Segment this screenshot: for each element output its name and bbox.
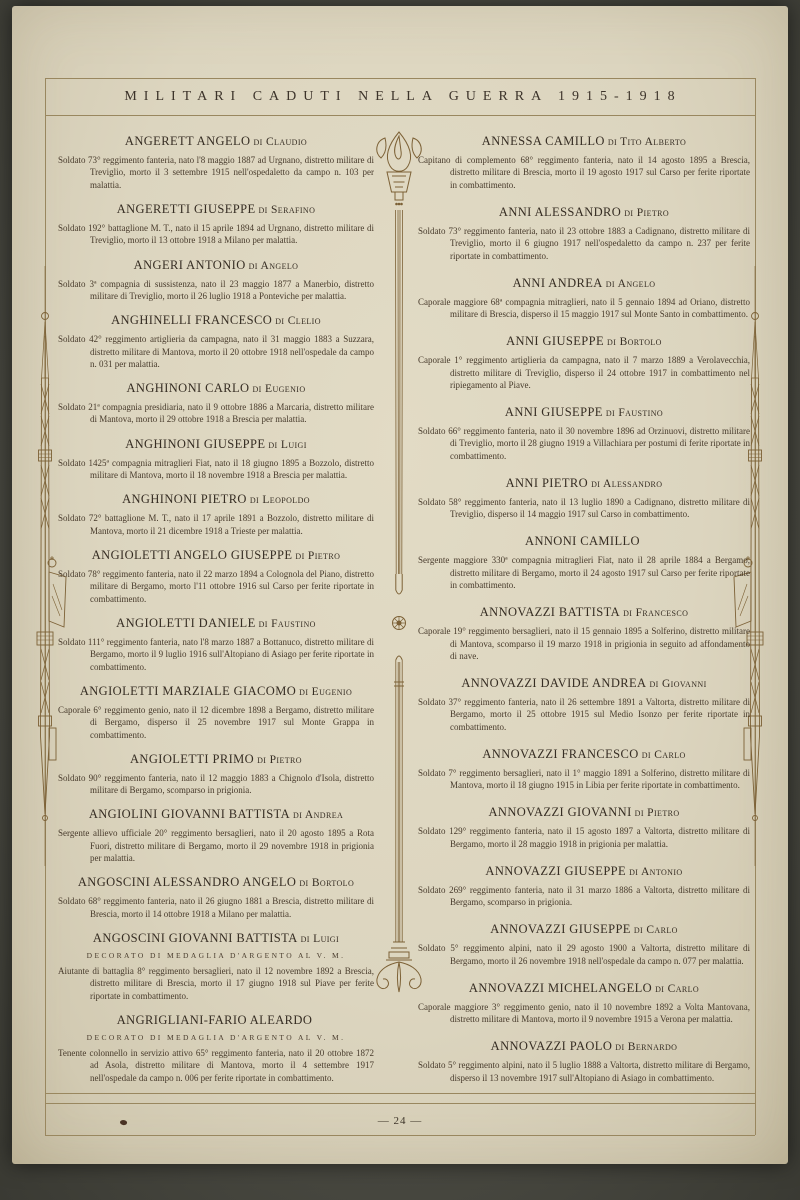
soldier-name: ANGIOLETTI MARZIALE GIACOMO <box>80 684 296 698</box>
soldier-name: ANGERETTI GIUSEPPE <box>117 202 256 216</box>
soldier-filiation: di Eugenio <box>253 383 306 395</box>
soldier-record: Soldato 66° reggimento fanteria, nato il… <box>418 425 750 462</box>
soldier-filiation: di Angelo <box>249 260 299 272</box>
soldier-name: ANGOSCINI ALESSANDRO ANGELO <box>78 875 296 889</box>
soldier-filiation: di Faustino <box>606 407 663 419</box>
soldier-filiation: di Giovanni <box>649 678 706 690</box>
soldier-name-heading: ANNOVAZZI BATTISTAdi Francesco <box>418 605 750 620</box>
soldier-name-heading: ANGIOLINI GIOVANNI BATTISTAdi Andrea <box>58 807 374 822</box>
soldier-name: ANNOVAZZI BATTISTA <box>480 605 620 619</box>
soldier-name-heading: ANNOVAZZI GIUSEPPEdi Antonio <box>418 864 750 879</box>
soldier-record: Aiutante di battaglia 8° reggimento bers… <box>58 965 374 1002</box>
page-number: — 24 — <box>378 1115 423 1127</box>
soldier-record: Soldato 111° reggimento fanteria, nato l… <box>58 636 374 673</box>
soldier-filiation: di Alessandro <box>591 478 662 490</box>
soldier-name: ANNI ALESSANDRO <box>499 205 621 219</box>
soldier-name: ANNOVAZZI MICHELANGELO <box>469 981 652 995</box>
soldier-name: ANNONI CAMILLO <box>525 534 640 548</box>
soldier-name-heading: ANNOVAZZI DAVIDE ANDREAdi Giovanni <box>418 676 750 691</box>
soldier-name-heading: ANNI GIUSEPPEdi Bortolo <box>418 334 750 349</box>
decoration-line: DECORATO DI MEDAGLIA D'ARGENTO AL V. M. <box>58 1033 374 1042</box>
soldier-name-heading: ANGERETT ANGELOdi Claudio <box>58 134 374 149</box>
soldier-record: Sergente maggiore 330ª compagnia mitragl… <box>418 554 750 591</box>
soldier-name: ANNI ANDREA <box>513 276 603 290</box>
soldier-record: Caporale 19° reggimento bersaglieri, nat… <box>418 625 750 662</box>
frame-header-bottom-rule <box>45 115 755 116</box>
soldier-name-heading: ANGIOLETTI DANIELEdi Faustino <box>58 616 374 631</box>
soldier-name-heading: ANGHINONI PIETROdi Leopoldo <box>58 492 374 507</box>
soldier-record: Soldato 78° reggimento fanteria, nato il… <box>58 568 374 605</box>
soldier-entry: ANNOVAZZI GIOVANNIdi Pietro Soldato 129°… <box>418 805 750 850</box>
soldier-entry: ANGIOLETTI ANGELO GIUSEPPEdi Pietro Sold… <box>58 548 374 605</box>
soldier-name: ANGIOLETTI DANIELE <box>116 616 255 630</box>
soldier-entry: ANGOSCINI GIOVANNI BATTISTAdi Luigi DECO… <box>58 931 374 1002</box>
soldier-entry: ANNI GIUSEPPEdi Faustino Soldato 66° reg… <box>418 405 750 462</box>
soldier-record: Sergente allievo ufficiale 20° reggiment… <box>58 827 374 864</box>
soldier-name: ANGHINONI PIETRO <box>122 492 247 506</box>
soldier-name-heading: ANGIOLETTI ANGELO GIUSEPPEdi Pietro <box>58 548 374 563</box>
soldier-record: Soldato 37° reggimento fanteria, nato il… <box>418 696 750 733</box>
soldier-name: ANGHINELLI FRANCESCO <box>111 313 272 327</box>
soldier-entry: ANGHINONI PIETROdi Leopoldo Soldato 72° … <box>58 492 374 537</box>
soldier-filiation: di Andrea <box>293 809 343 821</box>
soldier-filiation: di Claudio <box>253 136 307 148</box>
soldier-name-heading: ANGIOLETTI PRIMOdi Pietro <box>58 752 374 767</box>
soldier-name-heading: ANGIOLETTI MARZIALE GIACOMOdi Eugenio <box>58 684 374 699</box>
soldier-record: Soldato 73° reggimento fanteria, nato il… <box>418 225 750 262</box>
frame-right-rule <box>755 78 756 1135</box>
soldier-name-heading: ANNONI CAMILLO <box>418 534 750 549</box>
soldier-filiation: di Eugenio <box>299 686 352 698</box>
soldier-name: ANNOVAZZI GIUSEPPE <box>490 922 631 936</box>
soldier-entry: ANGOSCINI ALESSANDRO ANGELOdi Bortolo So… <box>58 875 374 920</box>
soldier-entry: ANGERETTI GIUSEPPEdi Serafino Soldato 19… <box>58 202 374 247</box>
soldier-record: Caporale maggiore 3° reggimento genio, n… <box>418 1001 750 1026</box>
soldier-name: ANNOVAZZI PAOLO <box>491 1039 613 1053</box>
soldier-name-heading: ANNOVAZZI FRANCESCOdi Carlo <box>418 747 750 762</box>
decoration-line: DECORATO DI MEDAGLIA D'ARGENTO AL V. M. <box>58 951 374 960</box>
soldier-record: Caporale maggiore 68ª compagnia mitragli… <box>418 296 750 321</box>
soldier-entry: ANGIOLETTI MARZIALE GIACOMOdi Eugenio Ca… <box>58 684 374 741</box>
soldier-record: Soldato 129° reggimento fanteria, nato i… <box>418 825 750 850</box>
left-column: ANGERETT ANGELOdi Claudio Soldato 73° re… <box>58 118 374 1084</box>
soldier-filiation: di Carlo <box>634 924 678 936</box>
soldier-record: Soldato 7° reggimento bersaglieri, nato … <box>418 767 750 792</box>
soldier-filiation: di Luigi <box>301 933 339 945</box>
soldier-filiation: di Tito Alberto <box>608 136 686 148</box>
book-page: MILITARI CADUTI NELLA GUERRA 1915-1918 <box>12 6 788 1164</box>
soldier-record: Tenente colonnello in servizio attivo 65… <box>58 1047 374 1084</box>
soldier-entry: ANGIOLINI GIOVANNI BATTISTAdi Andrea Ser… <box>58 807 374 864</box>
soldier-name-heading: ANNESSA CAMILLOdi Tito Alberto <box>418 134 750 149</box>
soldier-entry: ANGHINONI GIUSEPPEdi Luigi Soldato 1425ª… <box>58 437 374 482</box>
soldier-filiation: di Francesco <box>623 607 688 619</box>
soldier-filiation: di Bortolo <box>607 336 662 348</box>
soldier-name-heading: ANNOVAZZI GIUSEPPEdi Carlo <box>418 922 750 937</box>
soldier-entry: ANGRIGLIANI-FARIO ALEARDO DECORATO DI ME… <box>58 1013 374 1084</box>
soldier-entry: ANNOVAZZI MICHELANGELOdi Carlo Caporale … <box>418 981 750 1026</box>
soldier-name-heading: ANNI ALESSANDROdi Pietro <box>418 205 750 220</box>
soldier-name-heading: ANNOVAZZI PAOLOdi Bernardo <box>418 1039 750 1054</box>
soldier-name: ANNI PIETRO <box>506 476 589 490</box>
soldier-filiation: di Luigi <box>268 439 306 451</box>
soldier-record: Soldato 21ª compagnia presidiaria, nato … <box>58 401 374 426</box>
soldier-filiation: di Serafino <box>259 204 316 216</box>
soldier-filiation: di Leopoldo <box>250 494 310 506</box>
soldier-name: ANNOVAZZI GIOVANNI <box>488 805 631 819</box>
soldier-record: Soldato 3ª compagnia di sussistenza, nat… <box>58 278 374 303</box>
soldier-filiation: di Faustino <box>259 618 316 630</box>
soldier-record: Soldato 73° reggimento fanteria, nato l'… <box>58 154 374 191</box>
soldier-filiation: di Bortolo <box>299 877 354 889</box>
soldier-record: Soldato 5° reggimento alpini, nato il 5 … <box>418 1059 750 1084</box>
footer-lower-rule <box>45 1135 755 1136</box>
soldier-record: Soldato 1425ª compagnia mitraglieri Fiat… <box>58 457 374 482</box>
soldier-record: Soldato 192° battaglione M. T., nato il … <box>58 222 374 247</box>
soldier-name: ANGRIGLIANI-FARIO ALEARDO <box>117 1013 313 1027</box>
soldier-name-heading: ANGHINONI CARLOdi Eugenio <box>58 381 374 396</box>
soldier-entry: ANNESSA CAMILLOdi Tito Alberto Capitano … <box>418 134 750 191</box>
soldier-entry: ANGERI ANTONIOdi Angelo Soldato 3ª compa… <box>58 258 374 303</box>
footer-upper-rule-1 <box>45 1093 755 1094</box>
soldier-name: ANNI GIUSEPPE <box>505 405 603 419</box>
soldier-name-heading: ANNI PIETROdi Alessandro <box>418 476 750 491</box>
soldier-record: Soldato 58° reggimento fanteria, nato il… <box>418 496 750 521</box>
soldier-entry: ANNI ANDREAdi Angelo Caporale maggiore 6… <box>418 276 750 321</box>
soldier-entry: ANGHINELLI FRANCESCOdi Clelio Soldato 42… <box>58 313 374 370</box>
frame-left-rule <box>45 78 46 1135</box>
soldier-name: ANGOSCINI GIOVANNI BATTISTA <box>93 931 298 945</box>
soldier-filiation: di Bernardo <box>615 1041 677 1053</box>
soldier-filiation: di Pietro <box>295 550 340 562</box>
soldier-name-heading: ANGERI ANTONIOdi Angelo <box>58 258 374 273</box>
soldier-name: ANGHINONI CARLO <box>126 381 249 395</box>
soldier-filiation: di Pietro <box>624 207 669 219</box>
soldier-record: Caporale 6° reggimento genio, nato il 12… <box>58 704 374 741</box>
soldier-entry: ANNOVAZZI GIUSEPPEdi Carlo Soldato 5° re… <box>418 922 750 967</box>
soldier-filiation: di Carlo <box>642 749 686 761</box>
soldier-name-heading: ANNOVAZZI GIOVANNIdi Pietro <box>418 805 750 820</box>
soldier-filiation: di Pietro <box>257 754 302 766</box>
soldier-entry: ANNOVAZZI PAOLOdi Bernardo Soldato 5° re… <box>418 1039 750 1084</box>
soldier-entry: ANNONI CAMILLO Sergente maggiore 330ª co… <box>418 534 750 591</box>
soldier-name-heading: ANGOSCINI ALESSANDRO ANGELOdi Bortolo <box>58 875 374 890</box>
soldier-name: ANGIOLETTI ANGELO GIUSEPPE <box>92 548 293 562</box>
soldier-record: Soldato 5° reggimento alpini, nato il 29… <box>418 942 750 967</box>
soldier-name-heading: ANNI ANDREAdi Angelo <box>418 276 750 291</box>
footer-upper-rule-2 <box>45 1103 755 1104</box>
soldier-name-heading: ANGRIGLIANI-FARIO ALEARDO <box>58 1013 374 1028</box>
soldier-entry: ANGIOLETTI PRIMOdi Pietro Soldato 90° re… <box>58 752 374 797</box>
soldier-record: Soldato 42° reggimento artiglieria da ca… <box>58 333 374 370</box>
soldier-name: ANGIOLINI GIOVANNI BATTISTA <box>89 807 290 821</box>
soldier-name-heading: ANGHINELLI FRANCESCOdi Clelio <box>58 313 374 328</box>
soldier-filiation: di Clelio <box>275 315 321 327</box>
soldier-record: Soldato 90° reggimento fanteria, nato il… <box>58 772 374 797</box>
soldier-name: ANGHINONI GIUSEPPE <box>125 437 265 451</box>
soldier-name: ANNESSA CAMILLO <box>482 134 605 148</box>
soldier-entry: ANNOVAZZI GIUSEPPEdi Antonio Soldato 269… <box>418 864 750 909</box>
soldier-name-heading: ANNOVAZZI MICHELANGELOdi Carlo <box>418 981 750 996</box>
soldier-name-heading: ANGERETTI GIUSEPPEdi Serafino <box>58 202 374 217</box>
footer-band: — 24 — <box>45 1107 755 1135</box>
soldier-entry: ANGERETT ANGELOdi Claudio Soldato 73° re… <box>58 134 374 191</box>
soldier-record: Capitano di complemento 68° reggimento f… <box>418 154 750 191</box>
soldier-record: Caporale 1° reggimento artiglieria da ca… <box>418 354 750 391</box>
soldier-record: Soldato 269° reggimento fanteria, nato i… <box>418 884 750 909</box>
soldier-entry: ANGHINONI CARLOdi Eugenio Soldato 21ª co… <box>58 381 374 426</box>
soldier-filiation: di Carlo <box>655 983 699 995</box>
soldier-name: ANNI GIUSEPPE <box>506 334 604 348</box>
header-band: MILITARI CADUTI NELLA GUERRA 1915-1918 <box>45 78 755 115</box>
soldier-name: ANNOVAZZI DAVIDE ANDREA <box>461 676 646 690</box>
soldier-name-heading: ANNI GIUSEPPEdi Faustino <box>418 405 750 420</box>
right-column: ANNESSA CAMILLOdi Tito Alberto Capitano … <box>418 118 750 1084</box>
soldier-filiation: di Antonio <box>629 866 683 878</box>
soldier-name: ANGERI ANTONIO <box>134 258 246 272</box>
soldier-name: ANNOVAZZI FRANCESCO <box>482 747 638 761</box>
soldier-name: ANNOVAZZI GIUSEPPE <box>485 864 626 878</box>
soldier-filiation: di Angelo <box>606 278 656 290</box>
soldier-entry: ANNOVAZZI BATTISTAdi Francesco Caporale … <box>418 605 750 662</box>
soldier-entry: ANNI ALESSANDROdi Pietro Soldato 73° reg… <box>418 205 750 262</box>
soldier-record: Soldato 68° reggimento fanteria, nato il… <box>58 895 374 920</box>
soldier-entry: ANNI GIUSEPPEdi Bortolo Caporale 1° regg… <box>418 334 750 391</box>
soldier-record: Soldato 72° battaglione M. T., nato il 1… <box>58 512 374 537</box>
soldier-entry: ANGIOLETTI DANIELEdi Faustino Soldato 11… <box>58 616 374 673</box>
soldier-name: ANGIOLETTI PRIMO <box>130 752 254 766</box>
soldier-entry: ANNOVAZZI FRANCESCOdi Carlo Soldato 7° r… <box>418 747 750 792</box>
page-title: MILITARI CADUTI NELLA GUERRA 1915-1918 <box>124 89 681 105</box>
soldier-name: ANGERETT ANGELO <box>125 134 251 148</box>
soldier-name-heading: ANGOSCINI GIOVANNI BATTISTAdi Luigi <box>58 931 374 946</box>
soldier-entry: ANNOVAZZI DAVIDE ANDREAdi Giovanni Solda… <box>418 676 750 733</box>
soldier-filiation: di Pietro <box>635 807 680 819</box>
soldier-name-heading: ANGHINONI GIUSEPPEdi Luigi <box>58 437 374 452</box>
soldier-entry: ANNI PIETROdi Alessandro Soldato 58° reg… <box>418 476 750 521</box>
